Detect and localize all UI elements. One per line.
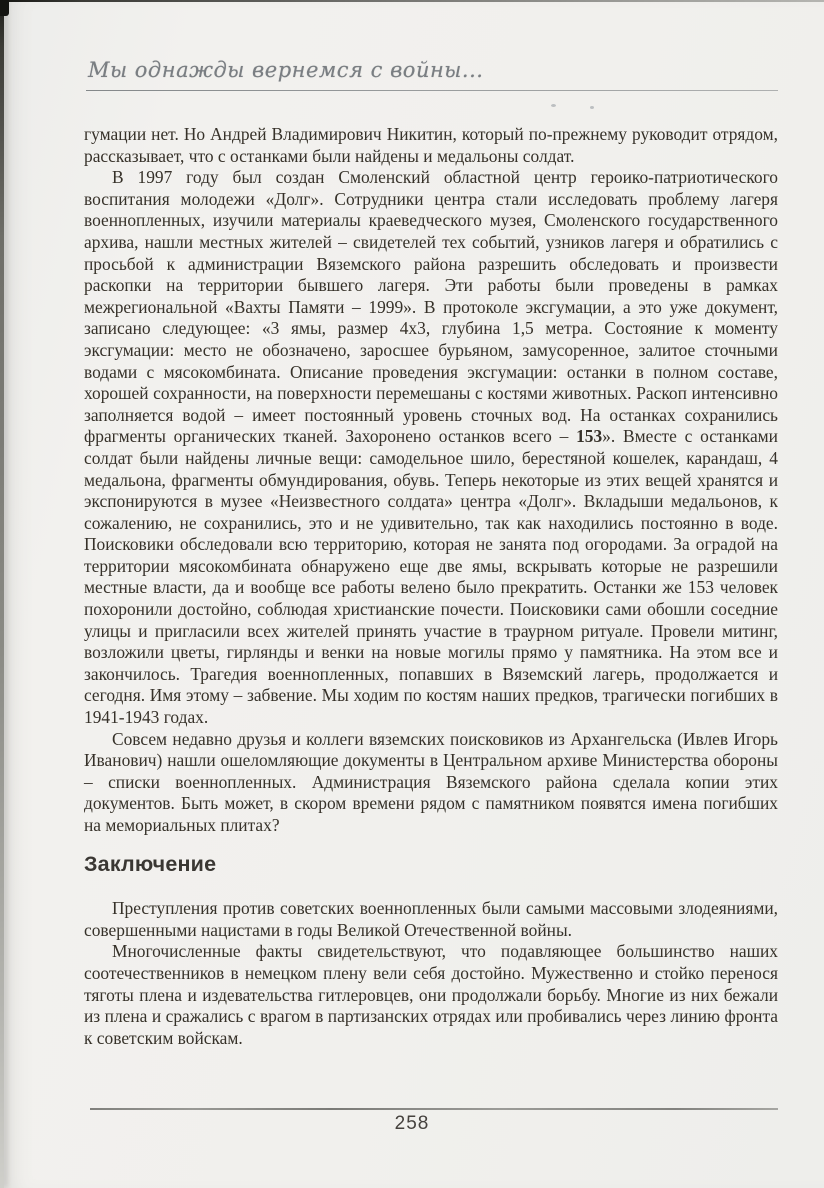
scan-speck [590,106,594,109]
paragraph-1997-text-after: ». Вместе с останками солдат были найден… [84,426,778,727]
page-number: 258 [0,1113,824,1135]
scanned-book-page: Мы однажды вернемся с войны... гумации н… [0,0,824,1188]
conclusion-paragraph-1: Преступления против советских военноплен… [84,898,778,941]
running-header-script: Мы однажды вернемся с войны... [88,58,483,82]
scan-speck [551,104,556,107]
remains-count-bold: 153 [576,426,602,446]
paragraph-1997-text-before: В 1997 году был создан Смоленский област… [84,167,778,446]
scan-edge-left [0,0,4,1188]
footer-rule [90,1108,778,1110]
scan-corner-mark [0,0,9,16]
section-heading-conclusion: Заключение [84,854,778,876]
conclusion-paragraph-2: Многочисленные факты свидетельствуют, чт… [84,941,778,1049]
header-rule [86,90,778,91]
scan-edge-top [0,0,824,2]
paragraph-1997-excavation: В 1997 году был создан Смоленский област… [84,167,778,728]
text-block: гумации нет. Но Андрей Владимирович Ники… [84,124,778,1049]
paragraph-continuation: гумации нет. Но Андрей Владимирович Ники… [84,124,778,167]
paragraph-recent-documents: Совсем недавно друзья и коллеги вяземски… [84,729,778,837]
